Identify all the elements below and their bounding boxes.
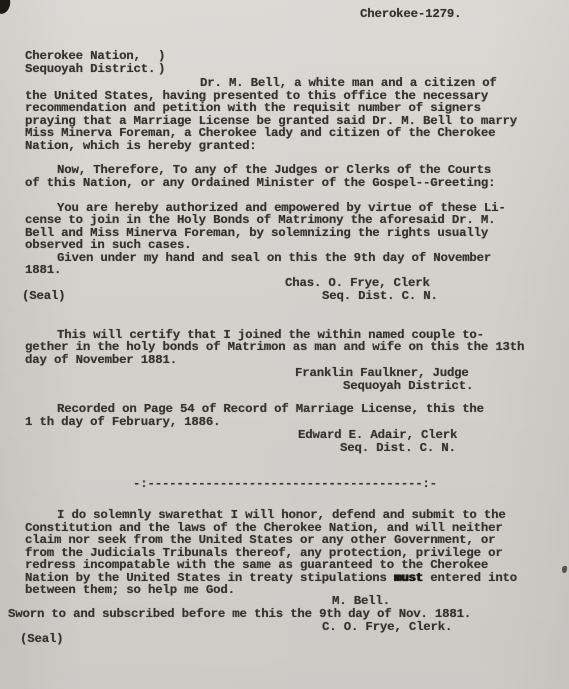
recorder-signature-name: Edward E. Adair, Clerk [298,429,457,441]
oath-overstruck-word: must [394,571,423,585]
oath-line: claim nor seek from the United States or… [25,534,495,546]
greeting-line: of this Nation, or any Ordained Minister… [25,177,495,189]
scan-edge-speck [562,566,567,573]
authorization-line: observed in such cases. [25,239,191,251]
license-line: Nation, which is hereby granted: [25,140,257,152]
certification-line: gether in the holy bonds of Matrimon as … [25,341,524,353]
caption-district: Sequoyah District. [25,63,155,75]
section-divider: -:--------------------------------------… [133,478,437,490]
license-line: recommendation and petition with the req… [25,102,481,114]
recording-line: 1 th day of February, 1886. [25,416,220,428]
clerk-signature-district: Seq. Dist. C. N. [322,290,438,302]
recording-line: Recorded on Page 54 of Record of Marriag… [57,403,484,415]
judge-signature-district: Sequoyah District. [343,380,473,392]
authorization-line: 1881. [25,264,61,276]
authorization-line: cense to join in the Holy Bonds of Matri… [25,214,495,226]
license-line: Miss Minerva Foreman, a Cherokee lady an… [25,127,495,139]
attestation-clerk: C. O. Frye, Clerk. [322,621,452,633]
license-line: Dr. M. Bell, a white man and a citizen o… [200,77,497,89]
doc-number: Cherokee-1279. [360,8,461,20]
document-page: Cherokee-1279. Cherokee Nation, ) Sequoy… [0,0,569,689]
caption-bracket-bottom: ) [158,63,165,75]
scan-corner-mark [0,0,11,15]
oath-line-post: entered into [423,571,517,585]
greeting-line: Now, Therefore, To any of the Judges or … [57,164,491,176]
seal-notation: (Seal) [20,633,63,645]
authorization-line: Given under my hand and seal on this the… [57,252,491,264]
caption-bracket-top: ) [158,50,165,62]
caption-nation: Cherokee Nation, [25,50,141,62]
oath-signature-name: M. Bell. [332,595,390,607]
oath-line: redress incompatable with the same as gu… [25,559,488,571]
recorder-signature-district: Seq. Dist. C. N. [340,442,456,454]
oath-line: between them; so help me God. [25,584,235,596]
judge-signature-name: Franklin Faulkner, Judge [295,367,469,379]
attestation-line: Sworn to and subscribed before me this t… [8,608,471,620]
clerk-signature-name: Chas. O. Frye, Clerk [285,277,430,289]
oath-line: I do solemnly swarethat I will honor, de… [57,509,506,521]
seal-notation: (Seal) [22,290,65,302]
certification-line: day of November 1881. [25,354,177,366]
